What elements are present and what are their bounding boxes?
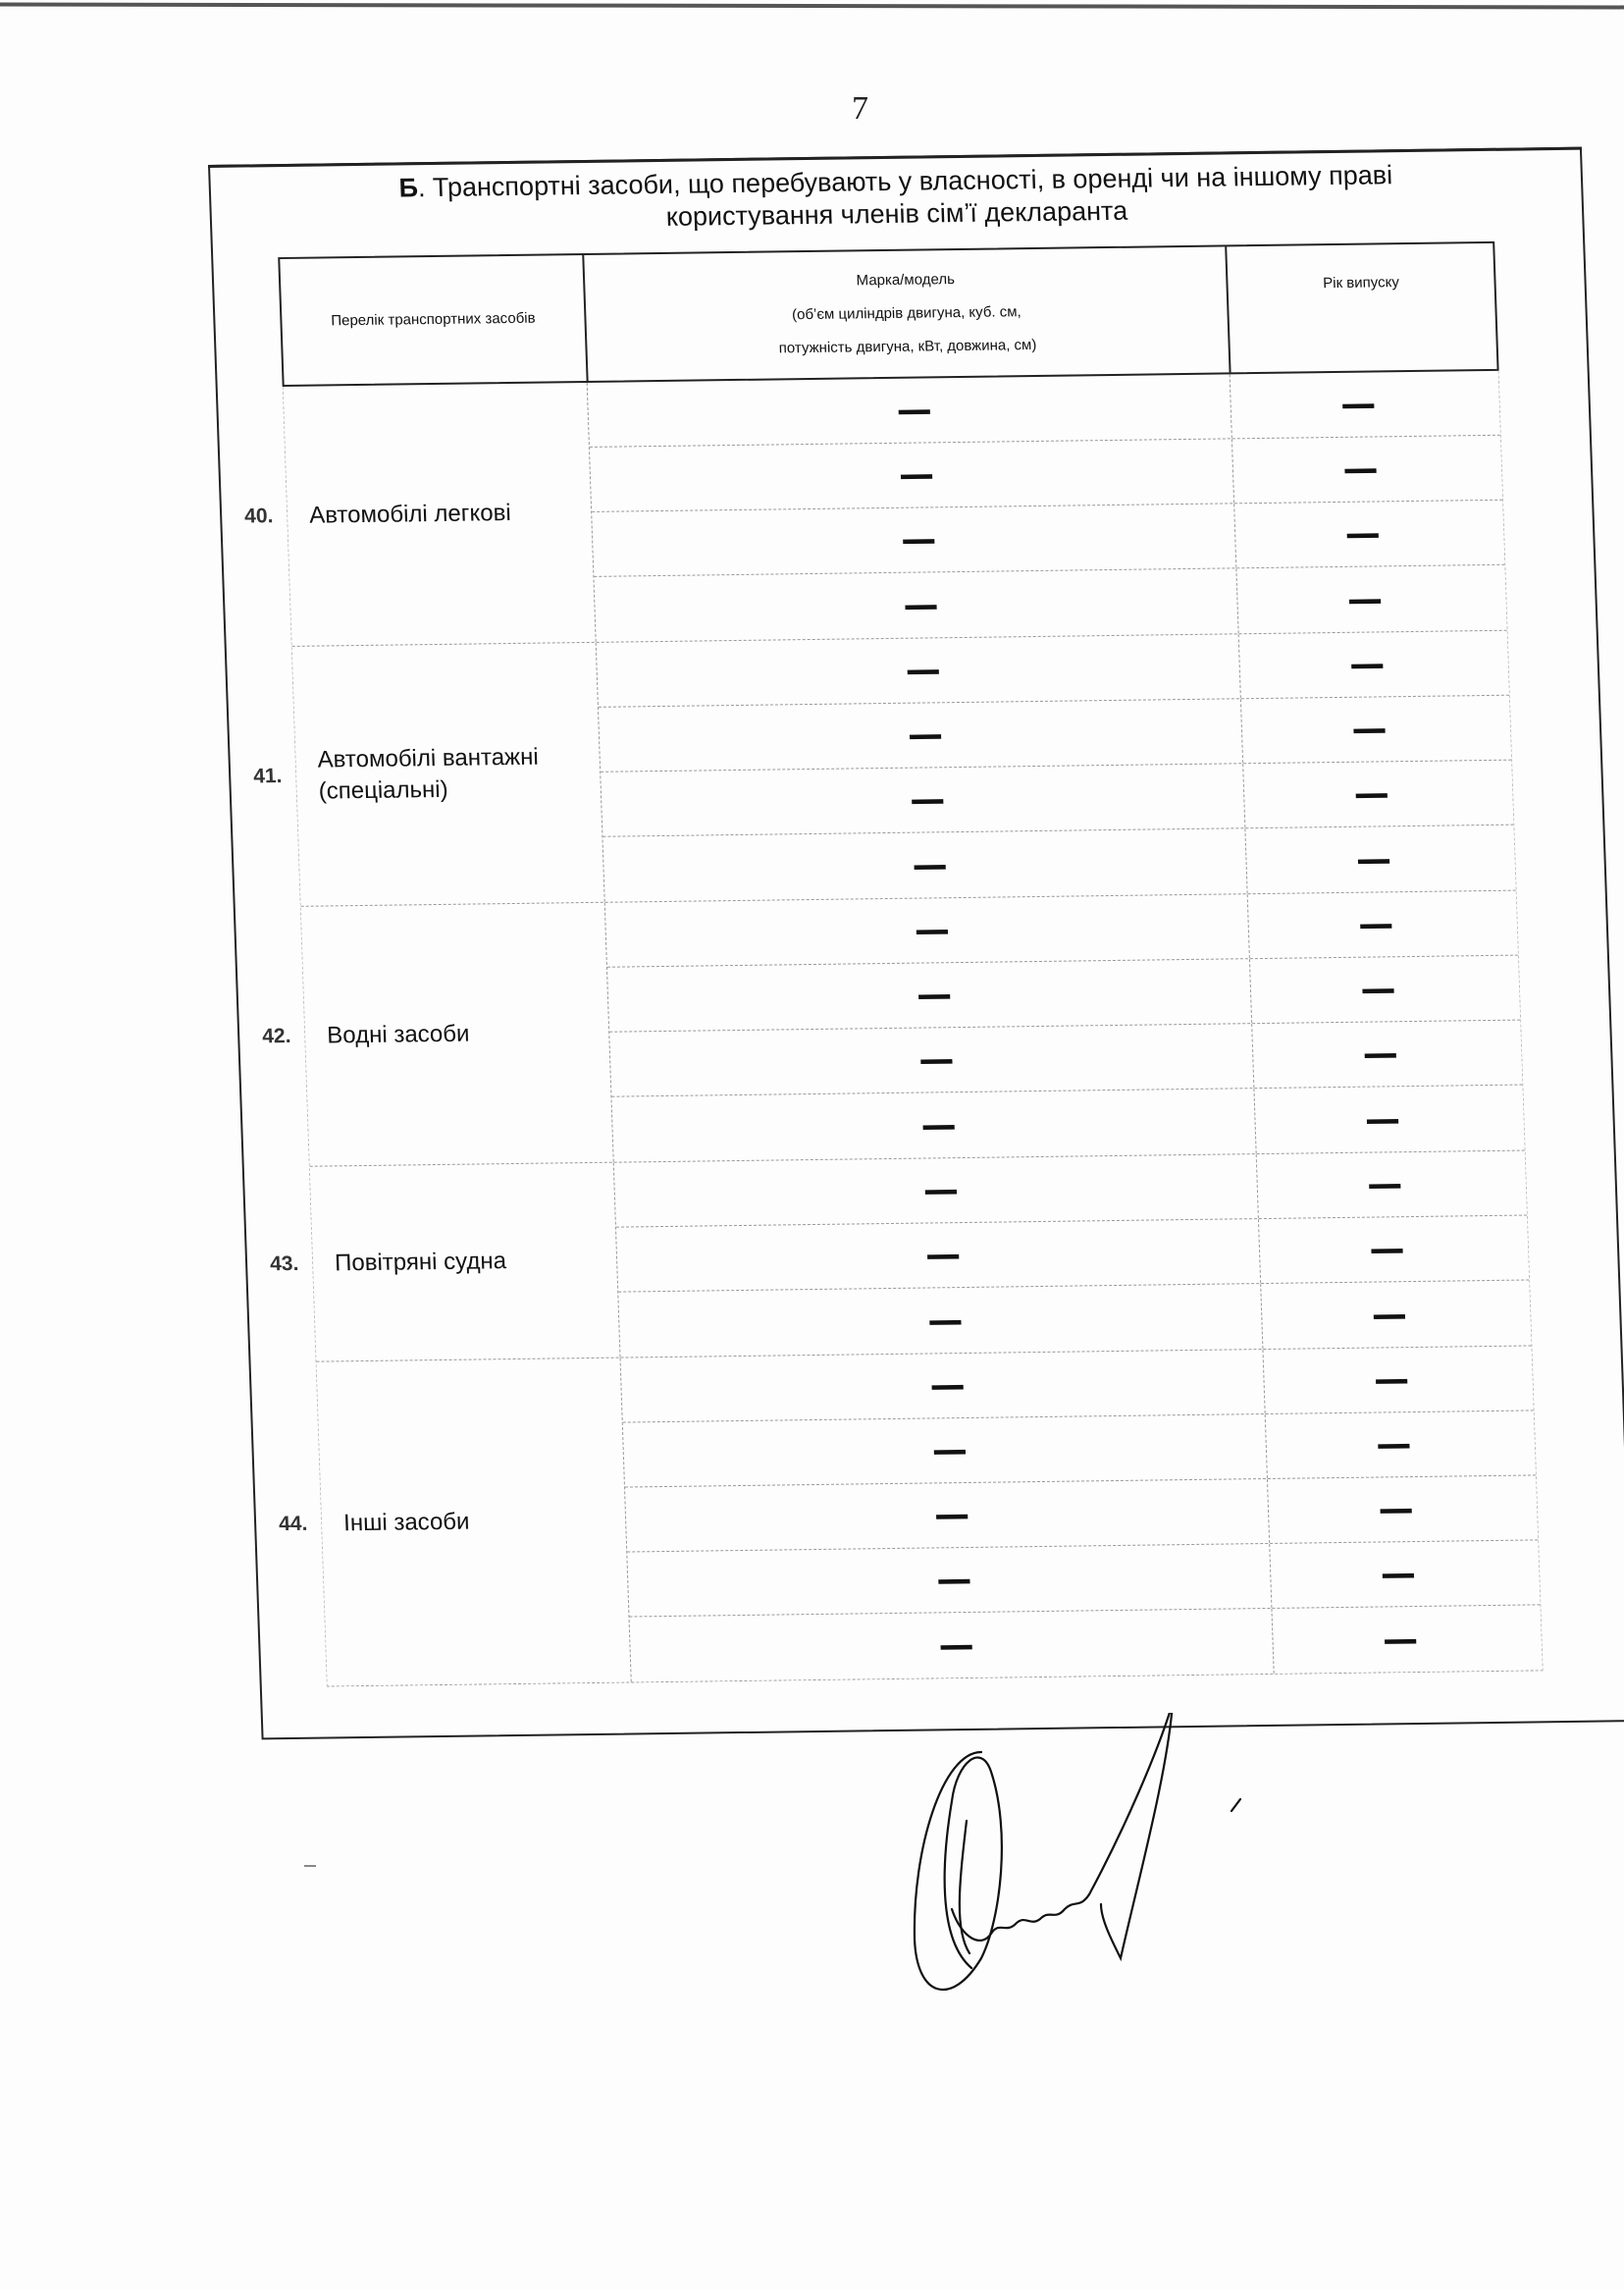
year-cell: — — [1259, 1216, 1529, 1284]
make-model-cell: — — [607, 959, 1252, 1032]
table-row: —— — [590, 436, 1502, 512]
signature-icon — [844, 1713, 1305, 2007]
category-rows: —————— — [614, 1151, 1532, 1357]
year-cell: — — [1263, 1346, 1533, 1413]
make-model-cell: — — [630, 1609, 1275, 1682]
vehicle-category-group: 44.Інші засоби—————————— — [317, 1346, 1543, 1685]
header-make-model: Марка/модель (об’єм циліндрів двигуна, к… — [584, 246, 1231, 381]
vehicle-category-group: 40.Автомобілі легкові———————— — [284, 371, 1507, 647]
vehicles-table: Перелік транспортних засобів Марка/модел… — [278, 241, 1543, 1687]
section-letter: Б — [398, 173, 418, 202]
category-name: Водні засоби — [327, 1017, 603, 1052]
section-title-line2: користування членів сім’ї декларанта — [665, 196, 1127, 232]
year-cell: — — [1239, 631, 1509, 699]
category-label-cell: 42.Водні засоби — [301, 903, 614, 1166]
table-body: 40.Автомобілі легкові————————41.Автомобі… — [283, 371, 1544, 1687]
category-rows: ———————— — [605, 891, 1525, 1162]
category-label-cell: 41.Автомобілі вантажні (спеціальні) — [292, 643, 605, 906]
year-cell: — — [1261, 1280, 1531, 1349]
year-cell: — — [1257, 1151, 1527, 1219]
make-model-cell: — — [627, 1544, 1272, 1617]
table-row: —— — [599, 696, 1511, 772]
make-model-cell: — — [590, 439, 1234, 511]
year-cell: — — [1270, 1540, 1540, 1608]
category-number: 41. — [253, 765, 283, 788]
year-cell: — — [1231, 371, 1500, 439]
make-model-cell: — — [616, 1219, 1261, 1292]
make-model-cell: — — [611, 1089, 1256, 1162]
table-row: —— — [625, 1475, 1538, 1552]
year-cell: — — [1232, 436, 1502, 504]
year-cell: — — [1234, 501, 1504, 568]
table-row: —— — [588, 371, 1500, 448]
table-row: —— — [616, 1216, 1529, 1293]
header-make-model-line2: (об’єм циліндрів двигуна, куб. см, — [792, 295, 1022, 332]
category-rows: ———————— — [597, 631, 1516, 902]
year-cell: — — [1245, 825, 1515, 894]
table-row: —— — [623, 1411, 1536, 1487]
table-row: —— — [607, 956, 1520, 1033]
table-header: Перелік транспортних засобів Марка/модел… — [278, 241, 1498, 387]
table-row: —— — [592, 501, 1504, 577]
year-cell: — — [1250, 956, 1520, 1024]
table-row: —— — [609, 1021, 1522, 1097]
make-model-cell: — — [618, 1284, 1263, 1357]
year-cell: — — [1252, 1021, 1522, 1089]
category-number: 44. — [279, 1513, 308, 1536]
header-vehicle-list: Перелік транспортних засобів — [280, 255, 588, 385]
header-make-model-line1: Марка/модель — [856, 263, 955, 297]
make-model-cell: — — [621, 1350, 1266, 1422]
make-model-cell: — — [594, 568, 1238, 642]
table-row: —— — [594, 565, 1506, 642]
table-row: —— — [621, 1346, 1534, 1422]
make-model-cell: — — [592, 504, 1236, 576]
make-model-cell: — — [588, 374, 1232, 447]
make-model-cell: — — [602, 828, 1247, 902]
category-rows: —————————— — [621, 1346, 1543, 1681]
table-row: —— — [627, 1540, 1540, 1617]
year-cell: — — [1248, 891, 1518, 959]
category-number: 43. — [270, 1252, 299, 1276]
table-row: —— — [611, 1086, 1524, 1162]
table-row: —— — [602, 825, 1515, 902]
vehicle-category-group: 42.Водні засоби———————— — [301, 891, 1525, 1167]
scan-edge — [0, 3, 1624, 10]
year-cell: — — [1272, 1605, 1542, 1674]
header-year: Рік випуску — [1227, 243, 1496, 373]
table-row: —— — [630, 1605, 1543, 1681]
table-row: —— — [597, 631, 1509, 708]
table-row: —— — [605, 891, 1518, 968]
table-row: —— — [614, 1151, 1527, 1228]
make-model-cell: — — [597, 634, 1241, 707]
header-make-model-line3: потужність двигуна, кВт, довжина, см) — [778, 329, 1037, 365]
year-cell: — — [1243, 761, 1513, 828]
category-name: Інші засоби — [343, 1505, 620, 1540]
category-name: Автомобілі легкові — [309, 497, 586, 532]
category-name: Повітряні судна — [335, 1245, 611, 1280]
category-name: Автомобілі вантажні (спеціальні) — [317, 741, 595, 808]
category-label-cell: 44.Інші засоби — [317, 1358, 632, 1686]
page-number: 7 — [852, 90, 868, 128]
table-row: —— — [601, 761, 1513, 837]
year-cell: — — [1254, 1086, 1524, 1154]
category-label-cell: 43.Повітряні судна — [310, 1163, 621, 1361]
make-model-cell: — — [605, 894, 1250, 967]
category-label-cell: 40.Автомобілі легкові — [284, 383, 597, 646]
declaration-section-b: Б. Транспортні засоби, що перебувають у … — [208, 147, 1624, 1740]
category-number: 42. — [262, 1025, 291, 1048]
make-model-cell: — — [599, 699, 1243, 772]
scan-artifact — [304, 1865, 316, 1867]
category-rows: ———————— — [588, 371, 1507, 642]
year-cell: — — [1236, 565, 1506, 634]
year-cell: — — [1266, 1411, 1536, 1478]
vehicle-category-group: 41.Автомобілі вантажні (спеціальні)—————… — [292, 631, 1516, 907]
make-model-cell: — — [601, 764, 1245, 836]
table-row: —— — [618, 1280, 1531, 1357]
make-model-cell: — — [623, 1414, 1268, 1487]
make-model-cell: — — [625, 1479, 1270, 1552]
vehicle-category-group: 43.Повітряні судна—————— — [310, 1151, 1532, 1362]
year-cell: — — [1268, 1475, 1538, 1543]
year-cell: — — [1241, 696, 1511, 764]
make-model-cell: — — [614, 1154, 1259, 1227]
category-number: 40. — [244, 505, 274, 528]
make-model-cell: — — [609, 1024, 1254, 1096]
